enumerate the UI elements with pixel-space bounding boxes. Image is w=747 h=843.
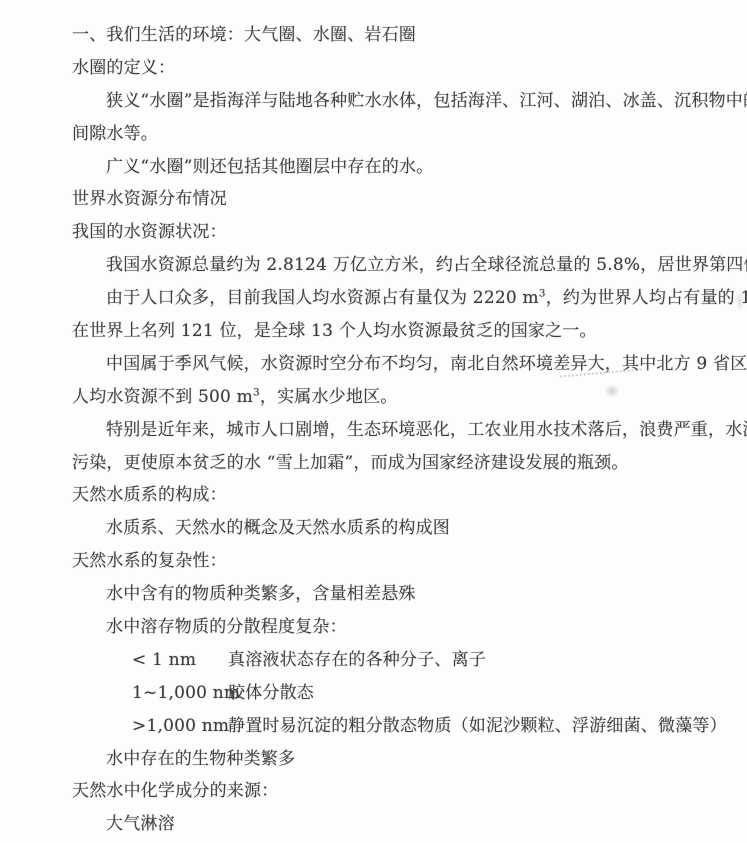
text-segment: ，实属水少地区。 xyxy=(260,387,398,407)
text-line: >1,000 nm静置时易沉淀的粗分散态物质（如泥沙颗粒、浮游细菌、微藻等） xyxy=(72,710,747,743)
superscript: 3 xyxy=(253,386,260,398)
text-line: 水圈的定义： xyxy=(72,52,747,85)
text-line: 水中存在的生物种类繁多 xyxy=(72,743,747,776)
text-line: 间隙水等。 xyxy=(72,118,747,151)
text-line: 在世界上名列 121 位，是全球 13 个人均水资源最贫乏的国家之一。 xyxy=(72,315,747,348)
text-segment: 由于人口众多，目前我国人均水资源占有量仅为 2220 m xyxy=(106,288,539,308)
text-line: 特别是近年来，城市人口剧增，生态环境恶化，工农业用水技术落后，浪费严重，水源 xyxy=(72,414,747,447)
text-line: 水中溶存物质的分散程度复杂： xyxy=(72,611,747,644)
text-line: 天然水系的复杂性： xyxy=(72,545,747,578)
text-line: 世界水资源分布情况 xyxy=(72,183,747,216)
text-line: 1~1,000 nm胶体分散态 xyxy=(72,677,747,710)
text-line: 狭义“水圈”是指海洋与陆地各种贮水水体，包括海洋、江河、湖泊、冰盖、沉积物中的 xyxy=(72,85,747,118)
text-line: 水中含有的物质种类繁多，含量相差悬殊 xyxy=(72,578,747,611)
text-segment: 人均水资源不到 500 m xyxy=(72,387,253,407)
text-line: 广义“水圈”则还包括其他圈层中存在的水。 xyxy=(72,151,747,184)
text-line: 我国的水资源状况： xyxy=(72,216,747,249)
text-line: 天然水中化学成分的来源： xyxy=(72,775,747,808)
text-segment: ，约为世界人均占有量的 1/4， xyxy=(546,288,747,308)
text-line: 水质系、天然水的概念及天然水质系的构成图 xyxy=(72,512,747,545)
size-range-label: 1~1,000 nm xyxy=(132,677,228,710)
text-line: 人均水资源不到 500 m3，实属水少地区。 xyxy=(72,381,747,414)
text-line: 我国水资源总量约为 2.8124 万亿立方米，约占全球径流总量的 5.8%，居世… xyxy=(72,249,747,282)
size-range-description: 静置时易沉淀的粗分散态物质（如泥沙颗粒、浮游细菌、微藻等） xyxy=(228,716,727,736)
size-range-description: 胶体分散态 xyxy=(228,683,314,703)
text-line: 大气淋溶 xyxy=(72,808,747,841)
document-page: 一、我们生活的环境：大气圈、水圈、岩石圈水圈的定义：狭义“水圈”是指海洋与陆地各… xyxy=(0,0,747,843)
document-text: 一、我们生活的环境：大气圈、水圈、岩石圈水圈的定义：狭义“水圈”是指海洋与陆地各… xyxy=(72,19,747,841)
text-line: 天然水质系的构成： xyxy=(72,479,747,512)
superscript: 3 xyxy=(539,287,546,299)
size-range-description: 真溶液状态存在的各种分子、离子 xyxy=(228,650,486,670)
text-line: 中国属于季风气候，水资源时空分布不均匀，南北自然环境差异大，其中北方 9 省区， xyxy=(72,348,747,381)
size-range-label: < 1 nm xyxy=(132,644,228,677)
text-line: < 1 nm真溶液状态存在的各种分子、离子 xyxy=(72,644,747,677)
text-line: 由于人口众多，目前我国人均水资源占有量仅为 2220 m3，约为世界人均占有量的… xyxy=(72,282,747,315)
text-line: 一、我们生活的环境：大气圈、水圈、岩石圈 xyxy=(72,19,747,52)
text-line: 污染，更使原本贫乏的水 “雪上加霜”，而成为国家经济建设发展的瓶颈。 xyxy=(72,447,747,480)
size-range-label: >1,000 nm xyxy=(132,710,228,743)
